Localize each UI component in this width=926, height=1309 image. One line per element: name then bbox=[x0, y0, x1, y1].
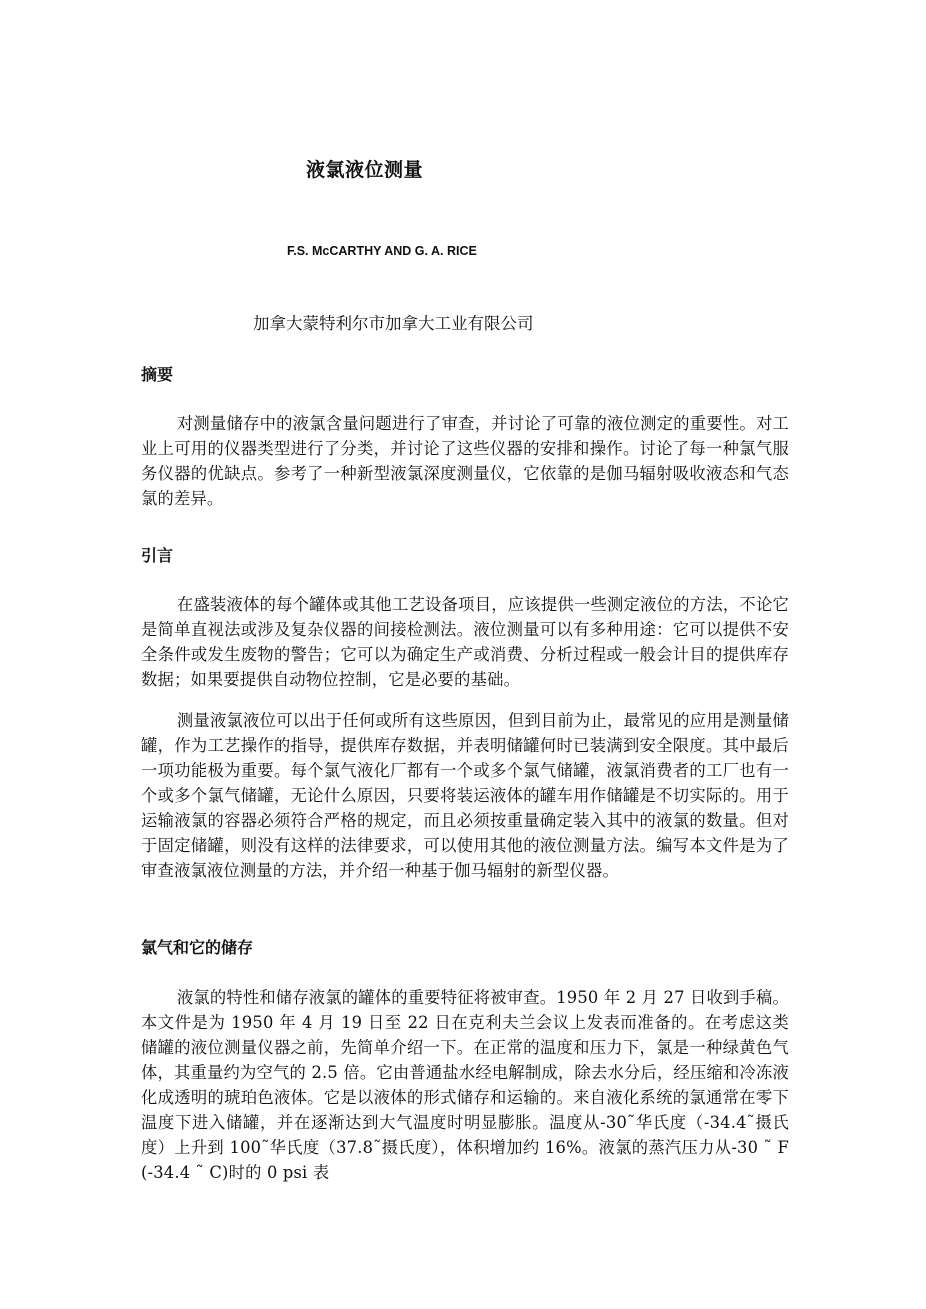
abstract-paragraph: 对测量储存中的液氯含量问题进行了审查，并讨论了可靠的液位测定的重要性。对工业上可… bbox=[141, 411, 789, 511]
authors-line: F.S. McCARTHY AND G. A. RICE bbox=[287, 244, 477, 258]
chlorine-storage-paragraph: 液氯的特性和储存液氯的罐体的重要特征将被审查。1950 年 2 月 27 日收到… bbox=[141, 985, 789, 1185]
document-title: 液氯液位测量 bbox=[306, 155, 423, 182]
section-heading-introduction: 引言 bbox=[141, 543, 173, 566]
introduction-paragraph-2: 测量液氯液位可以出于任何或所有这些原因，但到目前为止，最常见的应用是测量储罐，作… bbox=[141, 708, 789, 883]
section-heading-abstract: 摘要 bbox=[141, 362, 173, 385]
affiliation-line: 加拿大蒙特利尔市加拿大工业有限公司 bbox=[253, 310, 534, 334]
introduction-paragraph-1: 在盛装液体的每个罐体或其他工艺设备项目，应该提供一些测定液位的方法，不论它是简单… bbox=[141, 592, 789, 692]
document-page: 液氯液位测量 F.S. McCARTHY AND G. A. RICE 加拿大蒙… bbox=[0, 0, 926, 1309]
section-heading-chlorine-storage: 氯气和它的储存 bbox=[141, 935, 253, 958]
